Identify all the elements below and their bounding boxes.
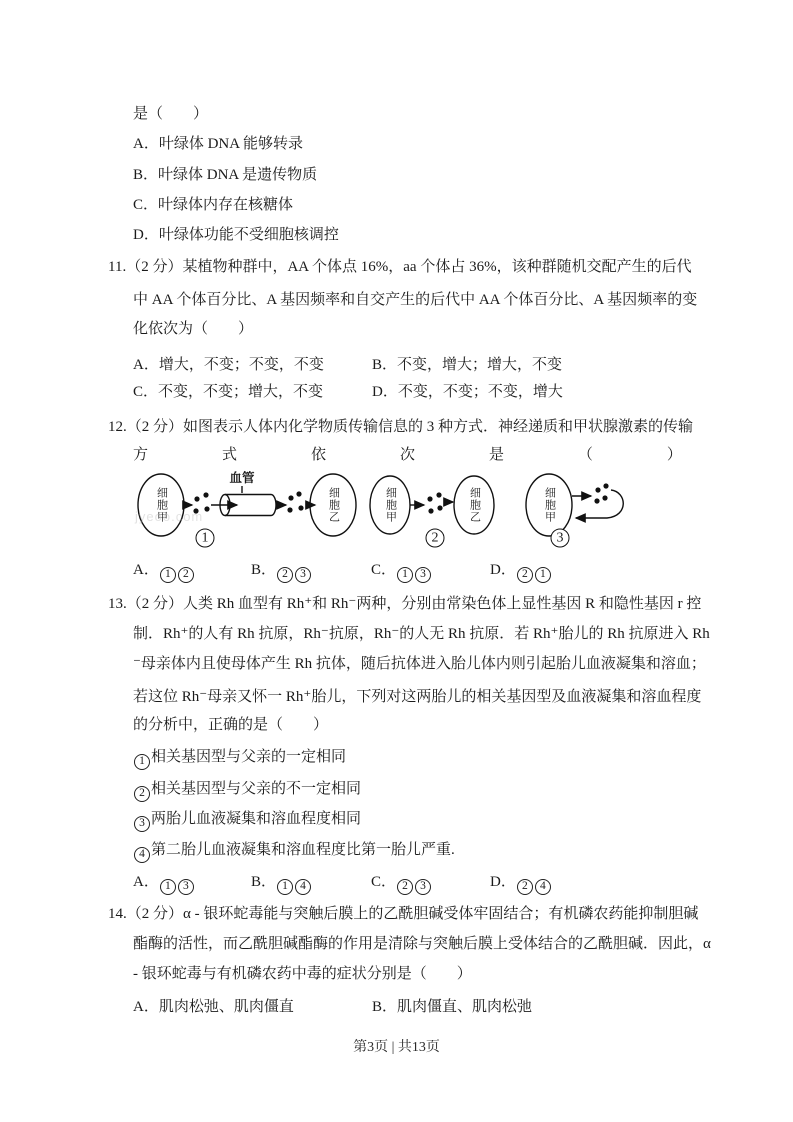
panel-1-label: 1 xyxy=(196,529,215,548)
option-letter: C． xyxy=(371,562,396,578)
option-letter: A． xyxy=(133,874,159,890)
circled-number: 1 xyxy=(160,879,176,895)
circled-number: 1 xyxy=(535,567,551,583)
q13-item-1: 1相关基因型与父亲的一定相同 xyxy=(133,747,346,770)
option-letter: C． xyxy=(371,874,396,890)
q13-option-b: B．14 xyxy=(251,870,312,895)
q10-option-d: D．叶绿体功能不受细胞核调控 xyxy=(133,225,339,245)
circled-number: 3 xyxy=(415,567,431,583)
q11-options-row-1: A．增大，不变；不变，不变 B．不变，增大；增大，不变 xyxy=(133,353,693,373)
circled-number: 2 xyxy=(517,567,533,583)
q12-options-row: A．12 B．23 C．13 D．21 xyxy=(133,558,693,578)
option-letter: B． xyxy=(251,874,276,890)
q13-item-4: 4第二胎儿血液凝集和溶血程度比第一胎儿严重. xyxy=(133,840,455,863)
q12-option-c: C．13 xyxy=(371,558,432,583)
q13-option-a: A．13 xyxy=(133,870,195,895)
q12-diagram-svg xyxy=(133,466,693,558)
q11-option-b: B．不变，增大；增大，不变 xyxy=(372,353,562,374)
circled-number: 1 xyxy=(277,879,293,895)
q14-line-3: - 银环蛇毒与有机磷农药中毒的症状分别是（ ） xyxy=(133,964,472,984)
option-letter: A． xyxy=(133,562,159,578)
q13-option-c: C．23 xyxy=(371,870,432,895)
q12-j-char: 次 xyxy=(400,445,415,465)
q13-line-5: 的分析中，正确的是（ ） xyxy=(133,715,328,735)
q10-option-b: B．叶绿体 DNA 是遗传物质 xyxy=(133,165,317,185)
molecule-dots xyxy=(594,483,608,503)
q11-options-row-2: C．不变，不变；增大，不变 D．不变，不变；不变，增大 xyxy=(133,380,693,400)
circled-number: 3 xyxy=(295,567,311,583)
q12-diagram: 细胞甲 细胞乙 细胞甲 细胞乙 细胞甲 血管 1 2 3 xyxy=(133,466,693,558)
option-letter: B． xyxy=(251,562,276,578)
q13-item-3: 3两胎儿血液凝集和溶血程度相同 xyxy=(133,809,361,832)
circled-number: 4 xyxy=(535,879,551,895)
q13-line-3: ⁻母亲体内且使母体产生 Rh 抗体，随后抗体进入胎儿体内则引起胎儿血液凝集和溶血… xyxy=(133,654,706,674)
q10-option-a: A．叶绿体 DNA 能够转录 xyxy=(133,134,303,154)
molecule-dots xyxy=(287,491,303,512)
cell-b-label: 细胞乙 xyxy=(469,487,480,523)
circled-number: 2 xyxy=(134,786,150,802)
circled-number: 1 xyxy=(397,567,413,583)
vessel-label: 血管 xyxy=(229,468,254,486)
q13-line-1: 13.（2 分）人类 Rh 血型有 Rh⁺和 Rh⁻两种，分别由常染色体上显性基… xyxy=(108,594,701,614)
exam-page: 是（ ） A．叶绿体 DNA 能够转录 B．叶绿体 DNA 是遗传物质 C．叶绿… xyxy=(0,0,793,1122)
q10-option-c: C．叶绿体内存在核糖体 xyxy=(133,195,293,215)
molecule-dots xyxy=(427,492,442,513)
q14-line-2: 酯酶的活性，而乙酰胆碱酯酶的作用是清除与突触后膜上受体结合的乙酰胆碱．因此，α xyxy=(133,934,711,954)
circled-number: 3 xyxy=(178,879,194,895)
option-letter: D． xyxy=(490,562,516,578)
q12-option-b: B．23 xyxy=(251,558,312,583)
q13-line-2: 制．Rh⁺的人有 Rh 抗原，Rh⁻抗原，Rh⁻的人无 Rh 抗原．若 Rh⁺胎… xyxy=(133,624,710,644)
circled-number: 2 xyxy=(178,567,194,583)
q12-option-d: D．21 xyxy=(490,558,552,583)
q12-j-char: ） xyxy=(667,445,682,465)
q14-options-row: A．肌肉松弛、肌肉僵直 B．肌肉僵直、肌肉松弛 xyxy=(133,995,693,1015)
q12-j-char: 依 xyxy=(311,445,326,465)
q11-line-3: 化依次为（ ） xyxy=(133,319,253,339)
page-footer: 第3页 | 共13页 xyxy=(0,1036,793,1056)
circled-number: 4 xyxy=(134,847,150,863)
q11-line-2: 中 AA 个体百分比、A 基因频率和自交产生的后代中 AA 个体百分比、A 基因… xyxy=(133,290,697,310)
circled-number: 3 xyxy=(415,879,431,895)
q14-option-b: B．肌肉僵直、肌肉松弛 xyxy=(372,995,532,1016)
q10-stem-end: 是（ ） xyxy=(133,104,208,124)
q13-item-2: 2相关基因型与父亲的不一定相同 xyxy=(133,779,361,802)
item-text: 两胎儿血液凝集和溶血程度相同 xyxy=(151,811,361,827)
circled-number: 1 xyxy=(160,567,176,583)
circled-number: 2 xyxy=(397,879,413,895)
q12-line-2-justified: 方 式 依 次 是 （ ） xyxy=(133,445,682,465)
q13-line-4: 若这位 Rh⁻母亲又怀一 Rh⁺胎儿，下列对这两胎儿的相关基因型及血液凝集和溶血… xyxy=(133,687,701,707)
panel-3-label: 3 xyxy=(551,529,570,548)
item-text: 第二胎儿血液凝集和溶血程度比第一胎儿严重. xyxy=(151,842,455,858)
q11-option-d: D．不变，不变；不变，增大 xyxy=(372,380,563,401)
item-text: 相关基因型与父亲的一定相同 xyxy=(151,749,346,765)
circled-number: 3 xyxy=(134,816,150,832)
vessel-cap xyxy=(271,495,276,516)
cell-a-label: 细胞甲 xyxy=(385,487,396,523)
item-text: 相关基因型与父亲的不一定相同 xyxy=(151,781,361,797)
panel-2-label: 2 xyxy=(426,529,445,548)
q12-j-char: 方 xyxy=(133,445,148,465)
circled-number: 1 xyxy=(134,754,150,770)
q12-option-a: A．12 xyxy=(133,558,195,583)
q14-option-a: A．肌肉松弛、肌肉僵直 xyxy=(133,995,294,1016)
circled-number: 2 xyxy=(517,879,533,895)
q12-j-char: （ xyxy=(578,445,593,465)
feedback-loop-arrow xyxy=(576,490,623,518)
q12-line-1: 12.（2 分）如图表示人体内化学物质传输信息的 3 种方式．神经递质和甲状腺激… xyxy=(108,417,693,437)
q13-options-row: A．13 B．14 C．23 D．24 xyxy=(133,870,693,890)
q12-j-char: 式 xyxy=(222,445,237,465)
q11-option-a: A．增大，不变；不变，不变 xyxy=(133,353,324,374)
cell-b-label: 细胞乙 xyxy=(328,487,339,523)
cell-a-label: 细胞甲 xyxy=(544,487,555,523)
q12-j-char: 是 xyxy=(489,445,504,465)
q13-option-d: D．24 xyxy=(490,870,552,895)
circled-number: 2 xyxy=(277,567,293,583)
circled-number: 4 xyxy=(295,879,311,895)
q14-line-1: 14.（2 分）α - 银环蛇毒能与突触后膜上的乙酰胆碱受体牢固结合；有机磷农药… xyxy=(108,904,698,924)
q11-line-1: 11.（2 分）某植物种群中，AA 个体点 16%，aa 个体占 36%，该种群… xyxy=(108,257,692,277)
watermark: jyeoo.com xyxy=(135,509,203,524)
option-letter: D． xyxy=(490,874,516,890)
q11-option-c: C．不变，不变；增大，不变 xyxy=(133,380,323,401)
